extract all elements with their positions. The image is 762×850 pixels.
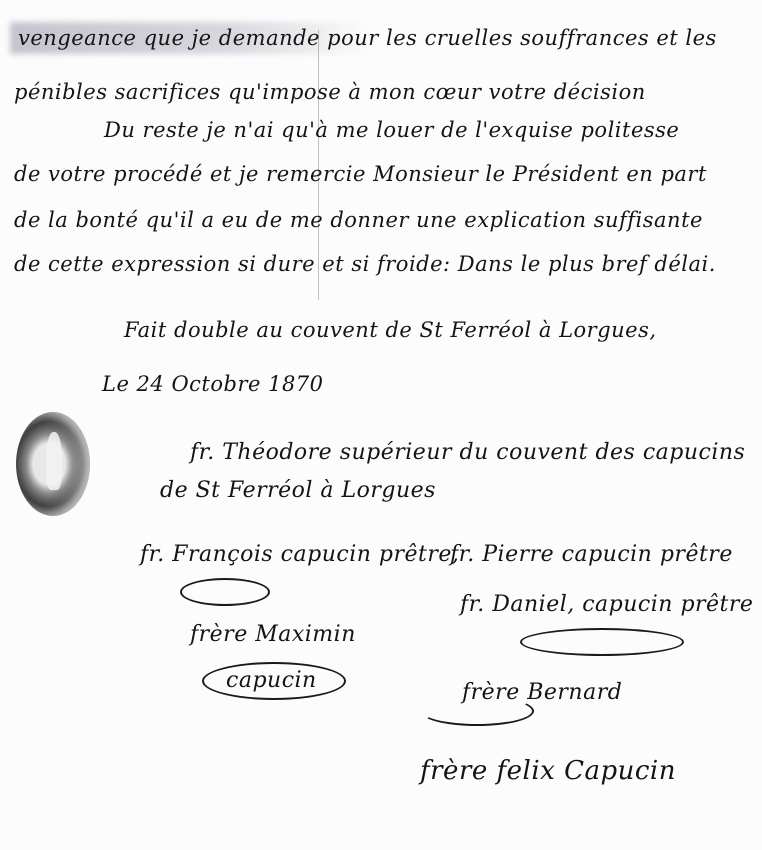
closing-place-line: Fait double au couvent de St Ferréol à L… (124, 318, 657, 342)
body-line-6: de cette expression si dure et si froide… (14, 252, 716, 276)
body-line-2: pénibles sacrifices qu'impose à mon cœur… (14, 80, 646, 104)
closing-date-line: Le 24 Octobre 1870 (102, 372, 324, 396)
signature-daniel: fr. Daniel, capucin prêtre (460, 592, 753, 617)
signature-pierre: fr. Pierre capucin prêtre (450, 542, 733, 567)
body-line-4: de votre procédé et je remercie Monsieur… (14, 162, 707, 186)
signature-flourish-bernard (420, 696, 534, 726)
signature-theodore-location: de St Ferréol à Lorgues (160, 478, 436, 503)
signature-theodore: fr. Théodore supérieur du couvent des ca… (190, 440, 745, 465)
seal-figure (46, 432, 62, 490)
body-line-3: Du reste je n'ai qu'à me louer de l'exqu… (104, 118, 679, 142)
signature-felix: frère felix Capucin (420, 756, 676, 786)
body-line-1: vengeance que je demande pour les cruell… (18, 26, 717, 50)
signature-maximin: frère Maximin (190, 622, 356, 647)
wax-seal-icon (16, 412, 90, 516)
signature-maximin-title: capucin (226, 668, 317, 693)
body-line-5: de la bonté qu'il a eu de me donner une … (14, 208, 703, 232)
signature-francois: fr. François capucin prêtre, (140, 542, 459, 567)
signature-flourish (180, 578, 270, 606)
signature-flourish-daniel (520, 628, 684, 656)
document-page: vengeance que je demande pour les cruell… (0, 0, 762, 850)
